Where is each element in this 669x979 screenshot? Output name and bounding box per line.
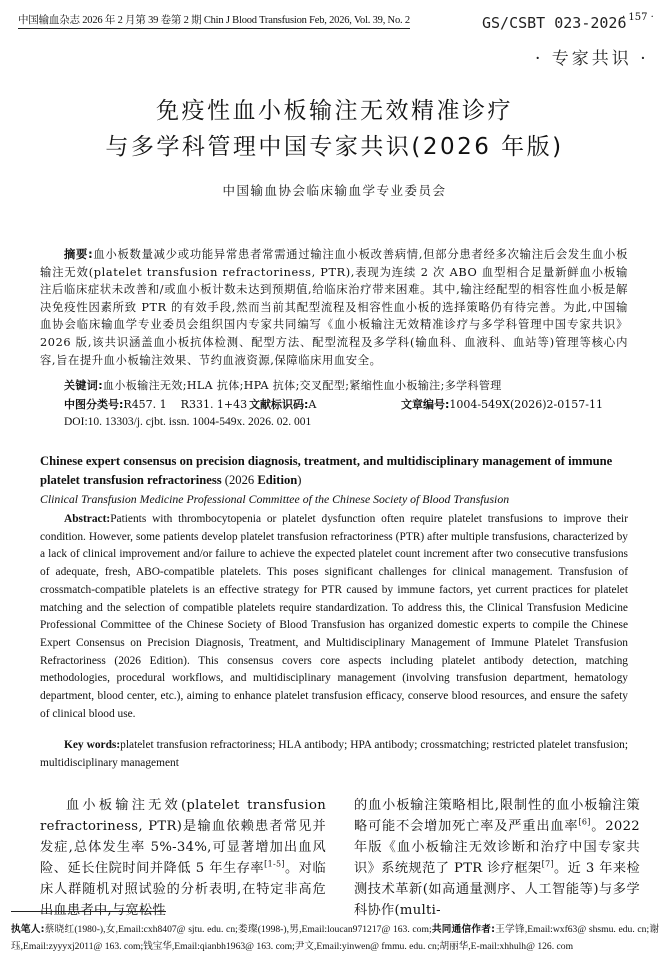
chinese-abstract-label: 摘要: [64, 248, 93, 261]
body-left-column: 血小板输注无效(platelet transfusion refractorin… [40, 795, 326, 921]
author-organization: 中国输血协会临床输血学专业委员会 [0, 181, 669, 199]
clc-label: 中图分类号: [64, 396, 123, 412]
article-no-label: 文章编号: [401, 396, 449, 412]
title-line-2: 与多学科管理中国专家共识(2026 年版) [0, 129, 669, 165]
english-title-main: Chinese expert consensus on precision di… [40, 454, 612, 487]
doi[interactable]: DOI:10. 13303/j. cjbt. issn. 1004-549x. … [64, 416, 311, 428]
doc-code-label: 文献标识码: [249, 396, 308, 412]
footnote-author-text: 蔡晓红(1980-),女,Email:cxh8407@ sjtu. edu. c… [44, 924, 431, 935]
footnote-divider [11, 911, 166, 912]
keywords-cn-text: 血小板输注无效;HLA 抗体;HPA 抗体;交叉配型;紧缩性血小板输注;多学科管… [103, 379, 502, 392]
keywords-cn: 关键词:血小板输注无效;HLA 抗体;HPA 抗体;交叉配型;紧缩性血小板输注;… [64, 377, 502, 393]
citation[interactable]: [7] [542, 860, 554, 869]
english-keywords: Key words:platelet transfusion refractor… [40, 736, 628, 772]
footnote-author-label: 执笔人: [11, 924, 44, 935]
doc-code-value: A [308, 398, 316, 411]
citation[interactable]: [6] [578, 818, 590, 827]
english-abstract-text: Patients with thrombocytopenia or platel… [40, 513, 628, 720]
article-no-value: 1004-549X(2026)2-0157-11 [449, 398, 603, 411]
clc-value: R457. 1 R331. 1+43 [123, 398, 247, 411]
document-number: GS/CSBT 023-2026 [482, 14, 627, 32]
classification-row: 中图分类号:R457. 1 R331. 1+43文献标识码:A文章编号:1004… [64, 396, 603, 412]
title-line-1: 免疫性血小板输注无效精准诊疗 [0, 93, 669, 129]
page-number: · 157 · [622, 12, 654, 23]
keywords-cn-label: 关键词: [64, 379, 103, 392]
footnote: 执笔人:蔡晓红(1980-),女,Email:cxh8407@ sjtu. ed… [11, 921, 659, 955]
running-head: 中国输血杂志 2026 年 2 月第 39 卷第 2 期 Chin J Bloo… [18, 12, 410, 29]
citation[interactable]: [1-5] [264, 860, 285, 869]
english-organization: Clinical Transfusion Medicine Profession… [40, 492, 509, 507]
english-abstract: Abstract:Patients with thrombocytopenia … [40, 511, 628, 723]
chinese-abstract: 摘要:血小板数量减少或功能异常患者常需通过输注血小板改善病情,但部分患者经多次输… [40, 246, 628, 369]
english-keywords-label: Key words: [64, 739, 120, 751]
section-label: · 专家共识 · [535, 44, 649, 69]
body-right-column: 的血小板输注策略相比,限制性的血小板输注策略可能不会增加死亡率及严重出血率[6]… [354, 795, 640, 921]
english-title: Chinese expert consensus on precision di… [40, 452, 630, 490]
chinese-abstract-text: 血小板数量减少或功能异常患者常需通过输注血小板改善病情,但部分患者经多次输注后会… [40, 248, 628, 367]
english-keywords-text: platelet transfusion refractoriness; HLA… [40, 739, 628, 769]
footnote-corr-label: 共同通信作者: [432, 924, 495, 935]
english-abstract-label: Abstract: [64, 513, 110, 525]
